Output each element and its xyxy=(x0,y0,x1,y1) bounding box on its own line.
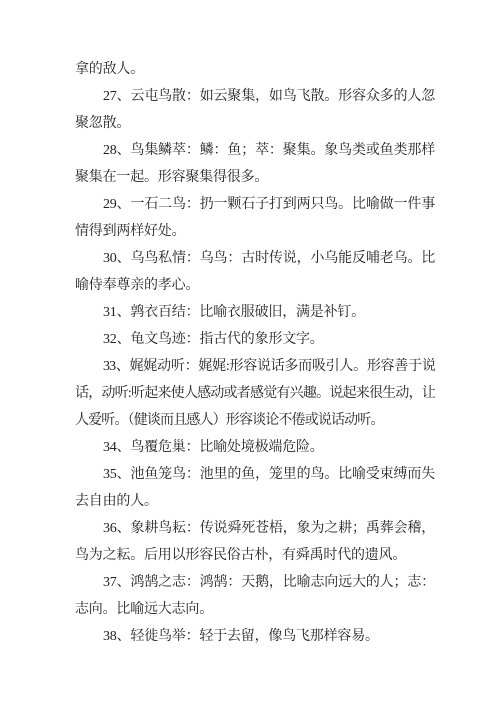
document-text-block: 拿的敌人。 27、云屯鸟散：如云聚集，如鸟飞散。形容众多的人忽聚忽散。 28、鸟… xyxy=(75,56,435,650)
paragraph-item-37: 37、鸿鹄之志：鸿鹄：天鹅，比喻志向远大的人；志：志向。比喻远大志向。 xyxy=(75,569,435,623)
paragraph-item-29: 29、一石二鸟：扔一颗石子打到两只鸟。比喻做一件事情得到两样好处。 xyxy=(75,191,435,245)
paragraph-item-30: 30、乌鸟私情：乌鸟：古时传说，小乌能反哺老乌。比喻侍奉尊亲的孝心。 xyxy=(75,245,435,299)
paragraph-item-28: 28、鸟集鳞萃：鳞：鱼；萃：聚集。象鸟类或鱼类那样聚集在一起。形容聚集得很多。 xyxy=(75,137,435,191)
document-page: 拿的敌人。 27、云屯鸟散：如云聚集，如鸟飞散。形容众多的人忽聚忽散。 28、鸟… xyxy=(0,0,500,707)
paragraph-item-34: 34、鸟覆危巢：比喻处境极端危险。 xyxy=(75,434,435,461)
paragraph-item-26-continuation: 拿的敌人。 xyxy=(75,56,435,83)
paragraph-item-33: 33、娓娓动听：娓娓:形容说话多而吸引人。形容善于说话，动听:听起来使人感动或者… xyxy=(75,353,435,434)
paragraph-item-27: 27、云屯鸟散：如云聚集，如鸟飞散。形容众多的人忽聚忽散。 xyxy=(75,83,435,137)
paragraph-item-32: 32、龟文鸟迹：指古代的象形文字。 xyxy=(75,326,435,353)
paragraph-item-38: 38、轻徙鸟举：轻于去留，像鸟飞那样容易。 xyxy=(75,623,435,650)
paragraph-item-36: 36、象耕鸟耘：传说舜死苍梧，象为之耕；禹葬会稽，鸟为之耘。后用以形容民俗古朴，… xyxy=(75,515,435,569)
paragraph-item-35: 35、池鱼笼鸟：池里的鱼，笼里的鸟。比喻受束缚而失去自由的人。 xyxy=(75,461,435,515)
paragraph-item-31: 31、鹑衣百结：比喻衣服破旧，满是补钉。 xyxy=(75,299,435,326)
